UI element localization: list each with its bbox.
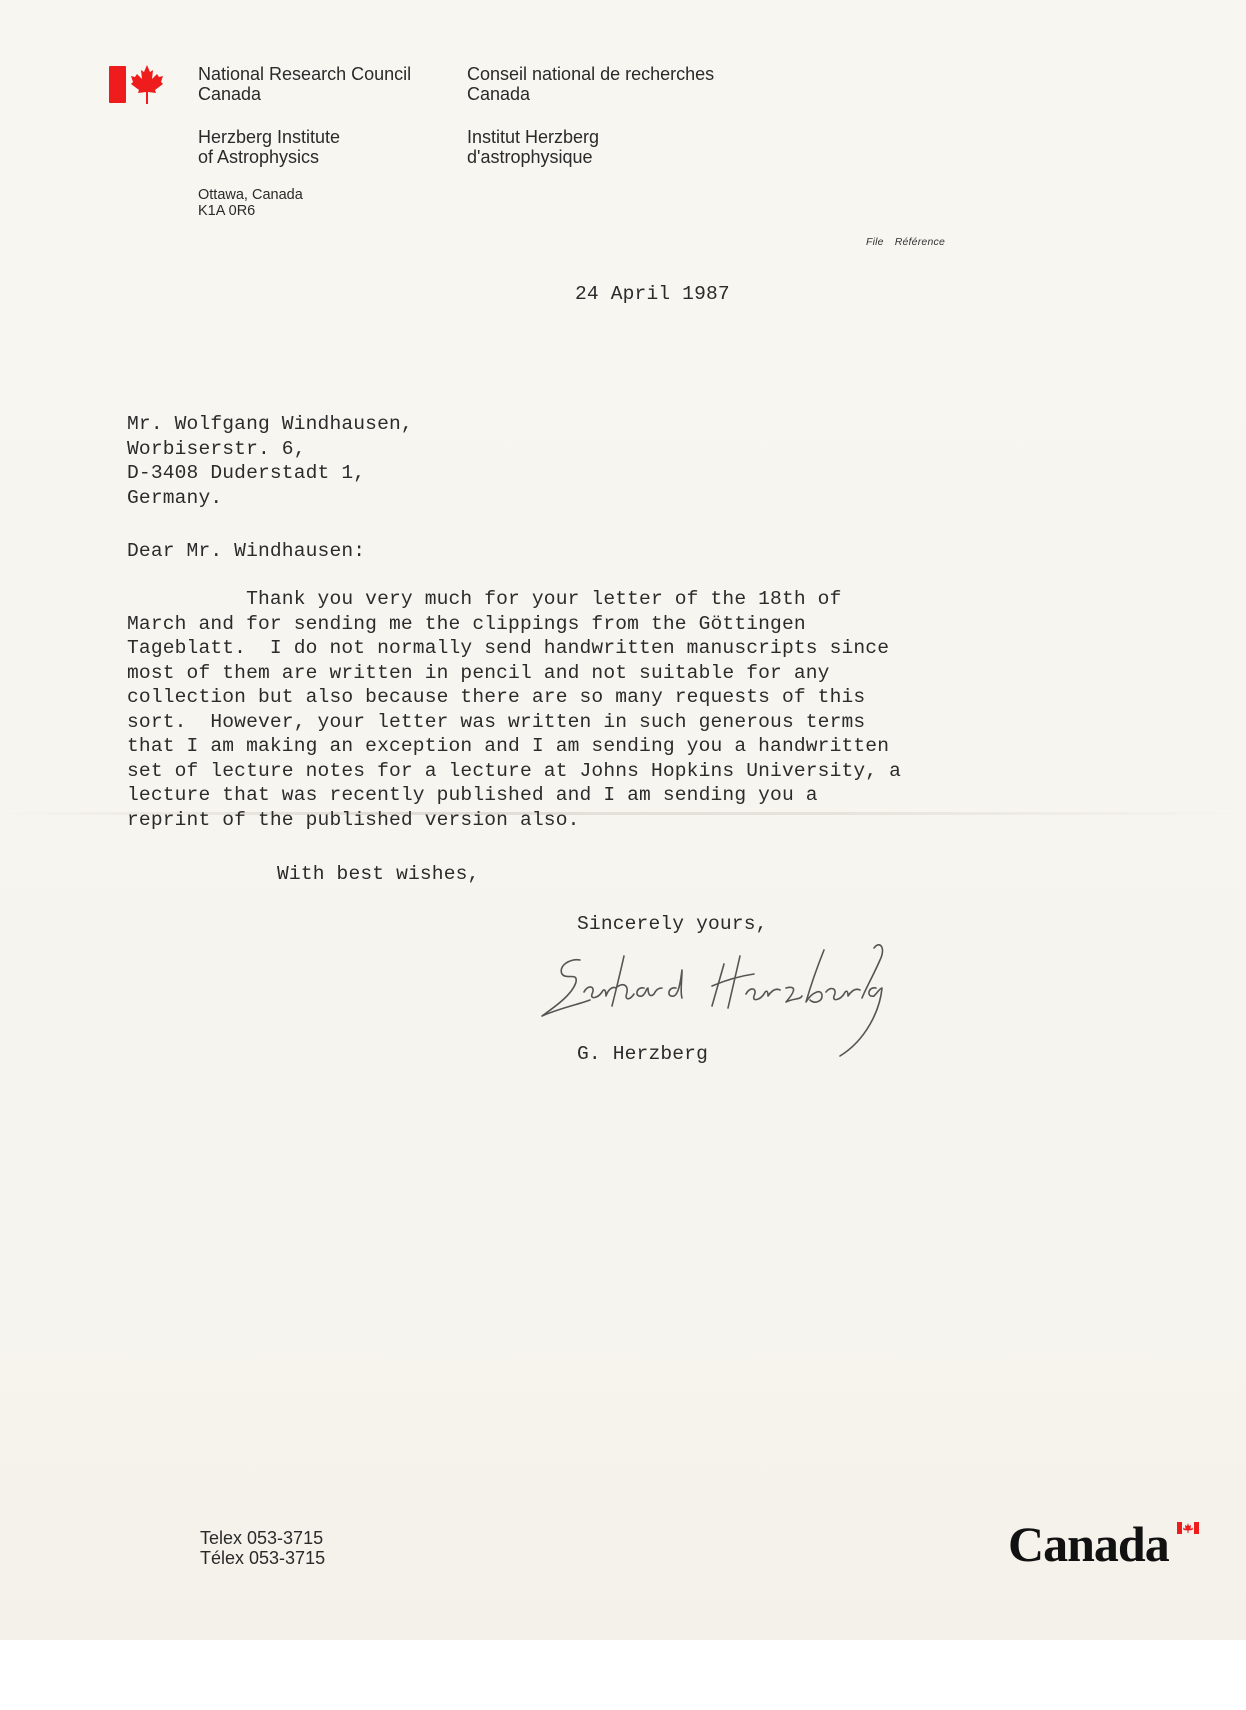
address-line: K1A 0R6	[198, 203, 303, 219]
body-line: sort. However, your letter was written i…	[127, 710, 901, 735]
body-line: Thank you very much for your letter of t…	[127, 587, 901, 612]
canada-wordmark: Canada	[1008, 1516, 1169, 1572]
institute-line: Institut Herzberg	[467, 127, 599, 147]
institute-name-fr: Institut Herzberg d'astrophysique	[467, 127, 599, 167]
body-line: collection but also because there are so…	[127, 685, 901, 710]
telex-fr: Télex 053-3715	[200, 1548, 325, 1568]
canada-flag-icon	[109, 64, 165, 106]
body-line: reprint of the published version also.	[127, 808, 901, 833]
recipient-line: Germany.	[127, 486, 413, 511]
reference-label: Référence	[895, 236, 945, 248]
org-name-en: National Research Council Canada	[198, 64, 411, 104]
body-line: set of lecture notes for a lecture at Jo…	[127, 759, 901, 784]
org-line: National Research Council	[198, 64, 411, 84]
recipient-line: Mr. Wolfgang Windhausen,	[127, 412, 413, 437]
recipient-line: D-3408 Duderstadt 1,	[127, 461, 413, 486]
institute-line: of Astrophysics	[198, 147, 340, 167]
org-name-fr: Conseil national de recherches Canada	[467, 64, 714, 104]
letter-body: Thank you very much for your letter of t…	[127, 587, 901, 832]
body-line: March and for sending me the clippings f…	[127, 612, 901, 637]
institute-line: Herzberg Institute	[198, 127, 340, 147]
canada-flag-icon	[1177, 1522, 1199, 1534]
org-line: Canada	[198, 84, 411, 104]
letter-date: 24 April 1987	[575, 282, 730, 307]
body-line: that I am making an exception and I am s…	[127, 734, 901, 759]
signatory-name: G. Herzberg	[577, 1042, 708, 1067]
file-reference: FileRéférence	[866, 236, 956, 248]
recipient-line: Worbiserstr. 6,	[127, 437, 413, 462]
org-line: Canada	[467, 84, 714, 104]
salutation: Dear Mr. Windhausen:	[127, 539, 365, 564]
address-block: Ottawa, Canada K1A 0R6	[198, 187, 303, 219]
telex-en: Telex 053-3715	[200, 1528, 325, 1548]
institute-line: d'astrophysique	[467, 147, 599, 167]
closing-wish: With best wishes,	[277, 862, 479, 887]
body-line: most of them are written in pencil and n…	[127, 661, 901, 686]
flag-red-bar	[109, 66, 126, 103]
file-label: File	[866, 236, 884, 248]
recipient-address: Mr. Wolfgang Windhausen, Worbiserstr. 6,…	[127, 412, 413, 510]
telex-block: Telex 053-3715 Télex 053-3715	[200, 1528, 325, 1568]
address-line: Ottawa, Canada	[198, 187, 303, 203]
body-line: Tageblatt. I do not normally send handwr…	[127, 636, 901, 661]
handwritten-signature-icon	[540, 930, 970, 1060]
institute-name-en: Herzberg Institute of Astrophysics	[198, 127, 340, 167]
org-line: Conseil national de recherches	[467, 64, 714, 84]
body-line: lecture that was recently published and …	[127, 783, 901, 808]
maple-leaf-icon	[130, 64, 164, 106]
